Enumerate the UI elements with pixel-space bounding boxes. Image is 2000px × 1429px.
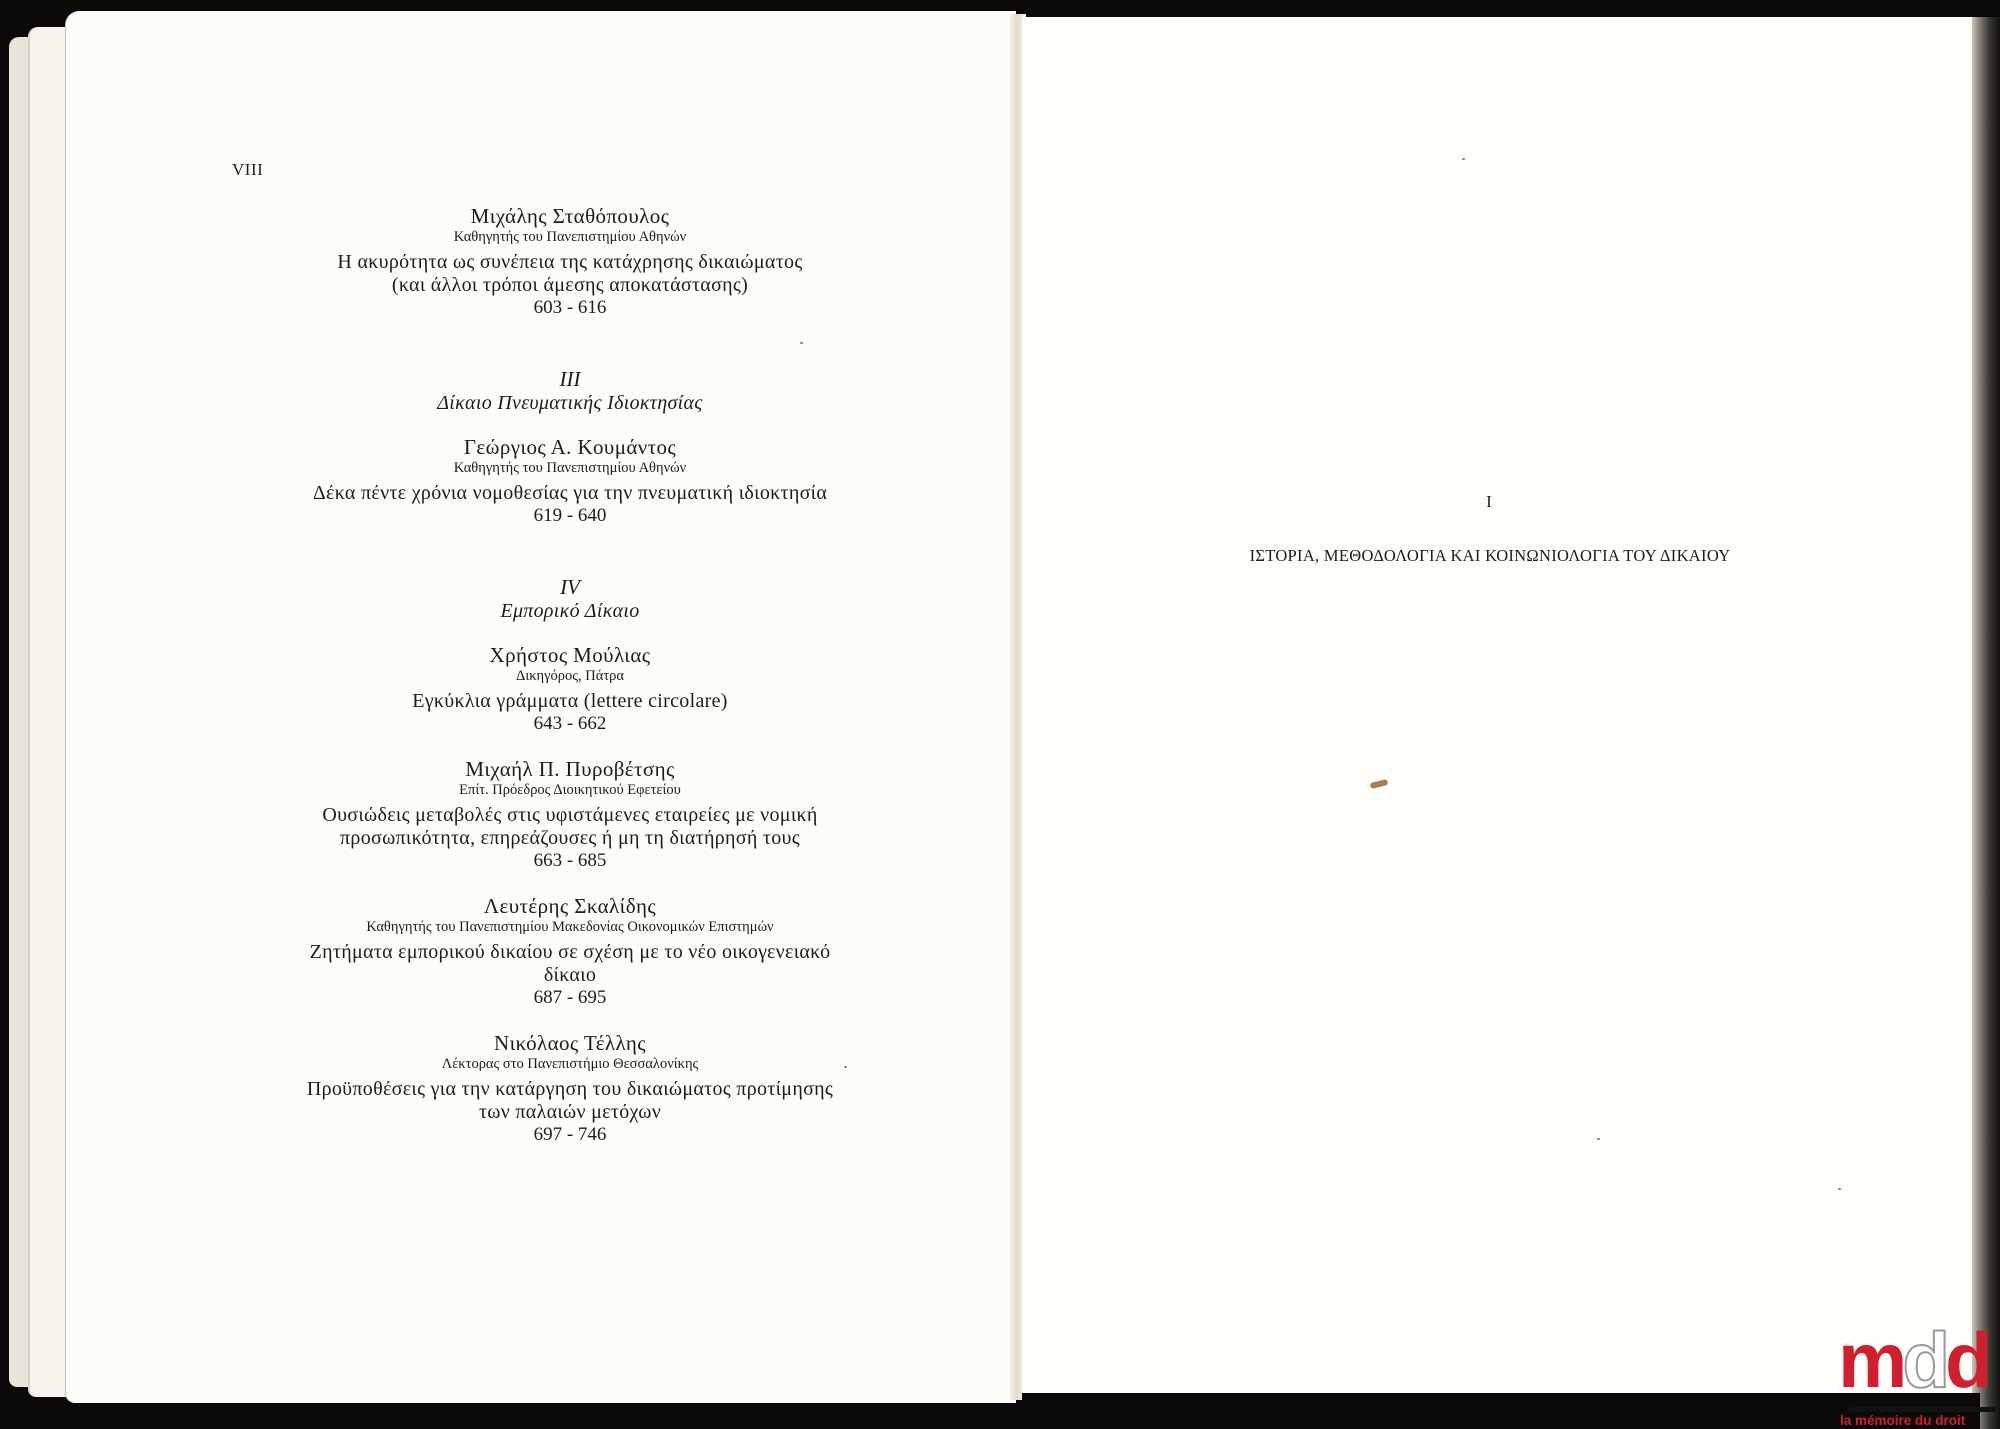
entry-author: Χρήστος Μούλιας — [220, 643, 920, 667]
section-number: III — [220, 367, 920, 391]
entry-title: Η ακυρότητα ως συνέπεια της κατάχρησης δ… — [220, 251, 920, 274]
entry-title: Ζητήματα εμπορικού δικαίου σε σχέση με τ… — [220, 941, 920, 964]
entry-affiliation: Δικηγόρος, Πάτρα — [220, 667, 920, 685]
bottom-shadow — [1022, 1393, 1980, 1429]
mdd-watermark-logo: mdd la mémoire du droit — [1838, 1320, 1998, 1425]
toc-entry: Χρήστος Μούλιας Δικηγόρος, Πάτρα Εγκύκλι… — [220, 643, 920, 735]
entry-author: Μιχάλης Σταθόπουλος — [220, 204, 920, 228]
entry-affiliation: Καθηγητής του Πανεπιστημίου Αθηνών — [220, 228, 920, 246]
part-number: I — [1469, 492, 1509, 512]
entry-pages: 687 - 695 — [220, 987, 920, 1009]
entry-pages: 643 - 662 — [220, 713, 920, 735]
entry-author: Λευτέρης Σκαλίδης — [220, 894, 920, 918]
entry-pages: 603 - 616 — [220, 297, 920, 319]
toc-entry: Νικόλαος Τέλλης Λέκτορας στο Πανεπιστήμι… — [220, 1031, 920, 1146]
entry-title: προσωπικότητα, επηρεάζουσες ή μη τη διατ… — [220, 827, 920, 850]
logo-mark: mdd — [1838, 1320, 1988, 1400]
section-title: Εμπορικό Δίκαιο — [220, 599, 920, 623]
entry-affiliation: Επίτ. Πρόεδρος Διοικητικού Εφετείου — [220, 781, 920, 799]
logo-letter-d-outline: d — [1902, 1316, 1945, 1404]
part-title: ΙΣΤΟΡΙΑ, ΜΕΘΟΔΟΛΟΓΙΑ ΚΑΙ ΚΟΙΝΩΝΙΟΛΟΓΙΑ Τ… — [1170, 546, 1810, 566]
logo-letter-m: m — [1838, 1316, 1902, 1404]
entry-affiliation: Καθηγητής του Πανεπιστημίου Αθηνών — [220, 459, 920, 477]
section-heading: IV Εμπορικό Δίκαιο — [220, 575, 920, 623]
section-title: Δίκαιο Πνευματικής Ιδιοκτησίας — [220, 391, 920, 415]
entry-title: (και άλλοι τρόποι άμεσης αποκατάστασης) — [220, 274, 920, 297]
entry-pages: 619 - 640 — [220, 505, 920, 527]
entry-title: δίκαιο — [220, 964, 920, 987]
entry-pages: 697 - 746 — [220, 1124, 920, 1146]
logo-letter-d: d — [1945, 1316, 1988, 1404]
section-number: IV — [220, 575, 920, 599]
entry-title: Ουσιώδεις μεταβολές στις υφιστάμενες ετα… — [220, 804, 920, 827]
toc-entry: Λευτέρης Σκαλίδης Καθηγητής του Πανεπιστ… — [220, 894, 920, 1009]
section-heading: III Δίκαιο Πνευματικής Ιδιοκτησίας — [220, 367, 920, 415]
book-right-edge-shadow — [1972, 17, 2000, 1429]
table-of-contents: Μιχάλης Σταθόπουλος Καθηγητής του Πανεπι… — [220, 204, 920, 1168]
page-number: VIII — [232, 160, 263, 180]
toc-entry: Γεώργιος Α. Κουμάντος Καθηγητής του Πανε… — [220, 435, 920, 527]
entry-author: Γεώργιος Α. Κουμάντος — [220, 435, 920, 459]
entry-title: Προϋποθέσεις για την κατάργηση του δικαι… — [220, 1078, 920, 1101]
right-page — [1022, 17, 1980, 1409]
entry-title: των παλαιών μετόχων — [220, 1101, 920, 1124]
toc-entry: Μιχαήλ Π. Πυροβέτσης Επίτ. Πρόεδρος Διοι… — [220, 757, 920, 872]
entry-pages: 663 - 685 — [220, 850, 920, 872]
paper-speck — [844, 1066, 847, 1068]
entry-author: Μιχαήλ Π. Πυροβέτσης — [220, 757, 920, 781]
entry-title: Δέκα πέντε χρόνια νομοθεσίας για την πνε… — [220, 482, 920, 505]
paper-speck — [1462, 158, 1465, 160]
toc-entry: Μιχάλης Σταθόπουλος Καθηγητής του Πανεπι… — [220, 204, 920, 319]
paper-speck — [1597, 1138, 1600, 1140]
entry-author: Νικόλαος Τέλλης — [220, 1031, 920, 1055]
paper-speck — [1838, 1188, 1841, 1190]
entry-affiliation: Καθηγητής του Πανεπιστημίου Μακεδονίας Ο… — [220, 918, 920, 936]
entry-affiliation: Λέκτορας στο Πανεπιστήμιο Θεσσαλονίκης — [220, 1055, 920, 1073]
logo-tagline: la mémoire du droit — [1840, 1413, 2000, 1428]
logo-underline-bar — [1848, 1407, 1996, 1412]
entry-title: Εγκύκλια γράμματα (lettere circolare) — [220, 690, 920, 713]
